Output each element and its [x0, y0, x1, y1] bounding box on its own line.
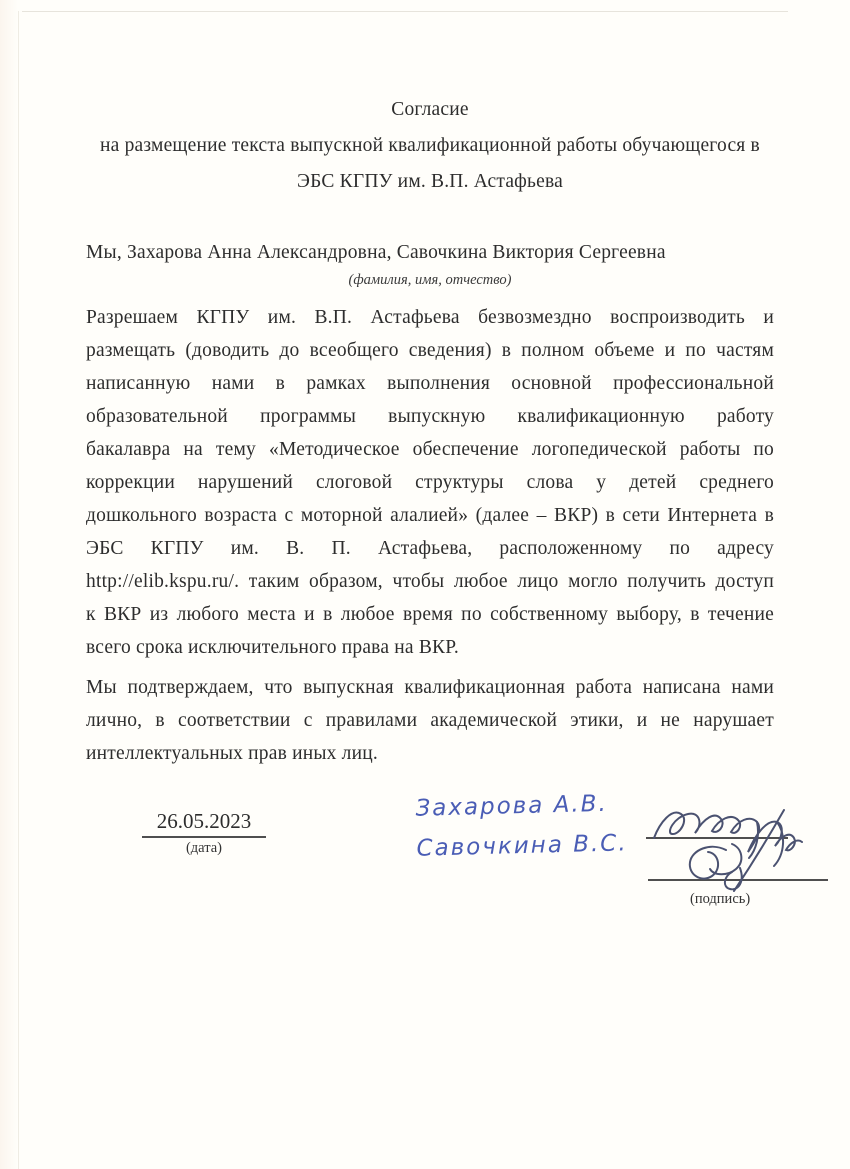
signature-mark-2 — [690, 844, 742, 879]
paragraph-line: Разрешаем КГПУ им. В.П. Астафьева безвоз… — [86, 301, 774, 334]
page-subtitle-line1: на размещение текста выпускной квалифика… — [86, 128, 774, 164]
paragraph-line: ЭБС КГПУ им. В. П. Астафьева, расположен… — [86, 532, 774, 565]
scan-top-edge-line — [22, 11, 788, 12]
signature-block: (подпись) — [644, 788, 834, 908]
page-title: Согласие — [86, 92, 774, 128]
paragraph-line: всего срока исключительного права на ВКР… — [86, 631, 774, 664]
date-label: (дата) — [142, 839, 266, 857]
paragraph-line: к ВКР из любого места и в любое время по… — [86, 598, 774, 631]
paragraph-line: коррекции нарушений слоговой структуры с… — [86, 466, 774, 499]
paragraph-line-url: http://elib.kspu.ru/. таким образом, что… — [86, 565, 774, 598]
signature-scribbles — [644, 788, 834, 892]
document-header: Согласие на размещение текста выпускной … — [86, 92, 774, 200]
paragraph-line: интеллектуальных прав иных лиц. — [86, 737, 774, 770]
paragraph-line: образовательной программы выпускную квал… — [86, 400, 774, 433]
scan-left-edge-line — [18, 11, 19, 1169]
paragraph-line: дошкольного возраста с моторной алалией»… — [86, 499, 774, 532]
scanned-consent-document: Согласие на размещение текста выпускной … — [0, 0, 850, 1169]
confirmation-paragraph: Мы подтверждаем, что выпускная квалифика… — [86, 671, 774, 770]
page-subtitle-line2: ЭБС КГПУ им. В.П. Астафьева — [86, 164, 774, 200]
paragraph-line: лично, в соответствии с правилами академ… — [86, 704, 774, 737]
paragraph-line: написанную нами в рамках выполнения осно… — [86, 367, 774, 400]
paragraph-line: размещать (доводить до всеобщего сведени… — [86, 334, 774, 367]
handwritten-name-2: Савочкина В.С. — [416, 823, 628, 869]
authors-names-caption: (фамилия, имя, отчество) — [86, 270, 774, 290]
paragraph-line: Мы подтверждаем, что выпускная квалифика… — [86, 671, 774, 704]
handwritten-author-names: Захарова А.В. Савочкина В.С. — [415, 783, 628, 868]
consent-paragraph: Разрешаем КГПУ им. В.П. Астафьева безвоз… — [86, 301, 774, 664]
signature-footer: 26.05.2023 (дата) Захарова А.В. Савочкин… — [86, 800, 774, 950]
authors-names-line: Мы, Захарова Анна Александровна, Савочки… — [86, 240, 774, 266]
handwritten-name-1: Захарова А.В. — [415, 783, 627, 829]
paragraph-line: бакалавра на тему «Методическое обеспече… — [86, 433, 774, 466]
date-block: 26.05.2023 (дата) — [142, 808, 266, 857]
date-value: 26.05.2023 — [142, 808, 266, 838]
signature-label: (подпись) — [690, 890, 834, 908]
scan-left-tint — [0, 0, 18, 1169]
